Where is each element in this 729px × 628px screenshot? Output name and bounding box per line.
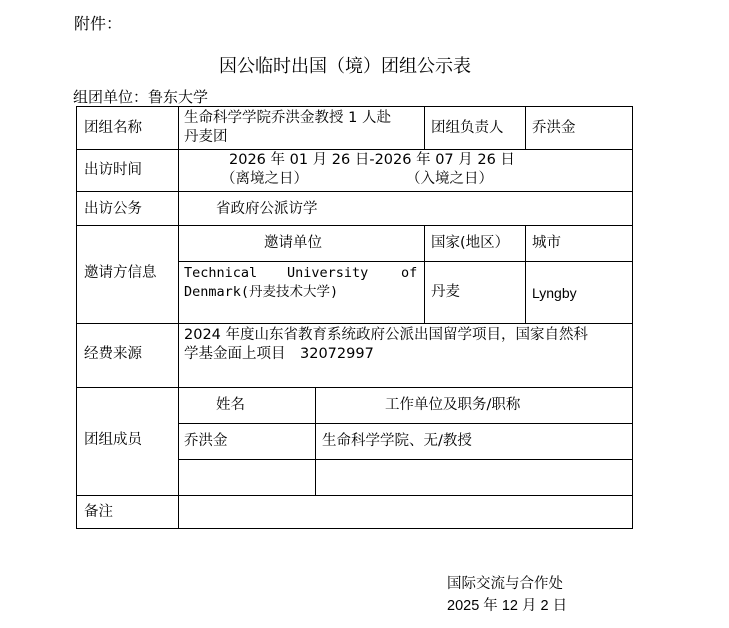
publicity-table: 团组名称 生命科学学院乔洪金教授 1 人赴 丹麦团 团组负责人 乔洪金 出访时间… — [76, 106, 633, 529]
member-unit: 生命科学学院、无/教授 — [322, 431, 472, 451]
inviter-label: 邀请方信息 — [84, 263, 157, 283]
row-divider — [178, 459, 632, 460]
leader-label: 团组负责人 — [431, 118, 504, 138]
inviter-city: Lyngby — [532, 283, 577, 303]
inviter-unit-word2: University — [287, 263, 368, 283]
members-label: 团组成员 — [84, 430, 142, 450]
col-divider — [315, 387, 316, 495]
inviter-country-header: 国家(地区） — [431, 233, 509, 253]
col-divider — [525, 225, 526, 323]
attachment-label: 附件： — [74, 11, 122, 34]
visit-task-label: 出访公务 — [84, 199, 142, 219]
group-name-value-line1: 生命科学学院乔洪金教授 1 人赴 — [184, 108, 391, 128]
funding-line2: 学基金面上项目 32072997 — [184, 344, 374, 364]
row-divider — [77, 191, 632, 192]
col-divider — [424, 225, 425, 323]
col-divider — [525, 107, 526, 149]
page-title: 因公临时出国（境）团组公示表 — [219, 52, 471, 78]
organizing-unit: 组团单位：鲁东大学 — [73, 86, 208, 107]
org-label: 组团单位： — [73, 88, 148, 106]
return-note: （入境之日） — [406, 169, 493, 189]
inviter-unit-word3: of — [401, 263, 417, 283]
row-divider — [178, 423, 632, 424]
row-divider — [77, 387, 632, 388]
members-name-header: 姓名 — [216, 395, 245, 415]
funding-line1: 2024 年度山东省教育系统政府公派出国留学项目，国家自然科 — [184, 325, 588, 345]
row-divider — [178, 261, 632, 262]
issue-date: 2025 年 12 月 2 日 — [447, 594, 567, 615]
org-value: 鲁东大学 — [148, 88, 208, 106]
issuing-office: 国际交流与合作处 — [447, 572, 563, 593]
remarks-label: 备注 — [84, 502, 113, 522]
depart-note: （离境之日） — [221, 169, 308, 189]
inviter-unit-line2: Denmark(丹麦技术大学) — [184, 282, 338, 302]
group-name-label: 团组名称 — [84, 118, 142, 138]
group-name-value-line2: 丹麦团 — [184, 127, 228, 147]
member-name: 乔洪金 — [184, 431, 228, 451]
row-divider — [77, 225, 632, 226]
inviter-city-header: 城市 — [532, 233, 561, 253]
visit-time-label: 出访时间 — [84, 160, 142, 180]
visit-task-value: 省政府公派访学 — [216, 199, 318, 219]
row-divider — [77, 495, 632, 496]
inviter-unit-header: 邀请单位 — [264, 233, 322, 253]
funding-label: 经费来源 — [84, 344, 142, 364]
inviter-unit-word1: Technical — [184, 263, 257, 283]
row-divider — [77, 323, 632, 324]
members-unit-header: 工作单位及职务/职称 — [385, 395, 520, 415]
col-divider — [178, 107, 179, 528]
inviter-country: 丹麦 — [431, 282, 460, 302]
col-divider — [424, 107, 425, 149]
visit-dates: 2026 年 01 月 26 日-2026 年 07 月 26 日 — [229, 150, 515, 170]
leader-value: 乔洪金 — [532, 118, 576, 138]
